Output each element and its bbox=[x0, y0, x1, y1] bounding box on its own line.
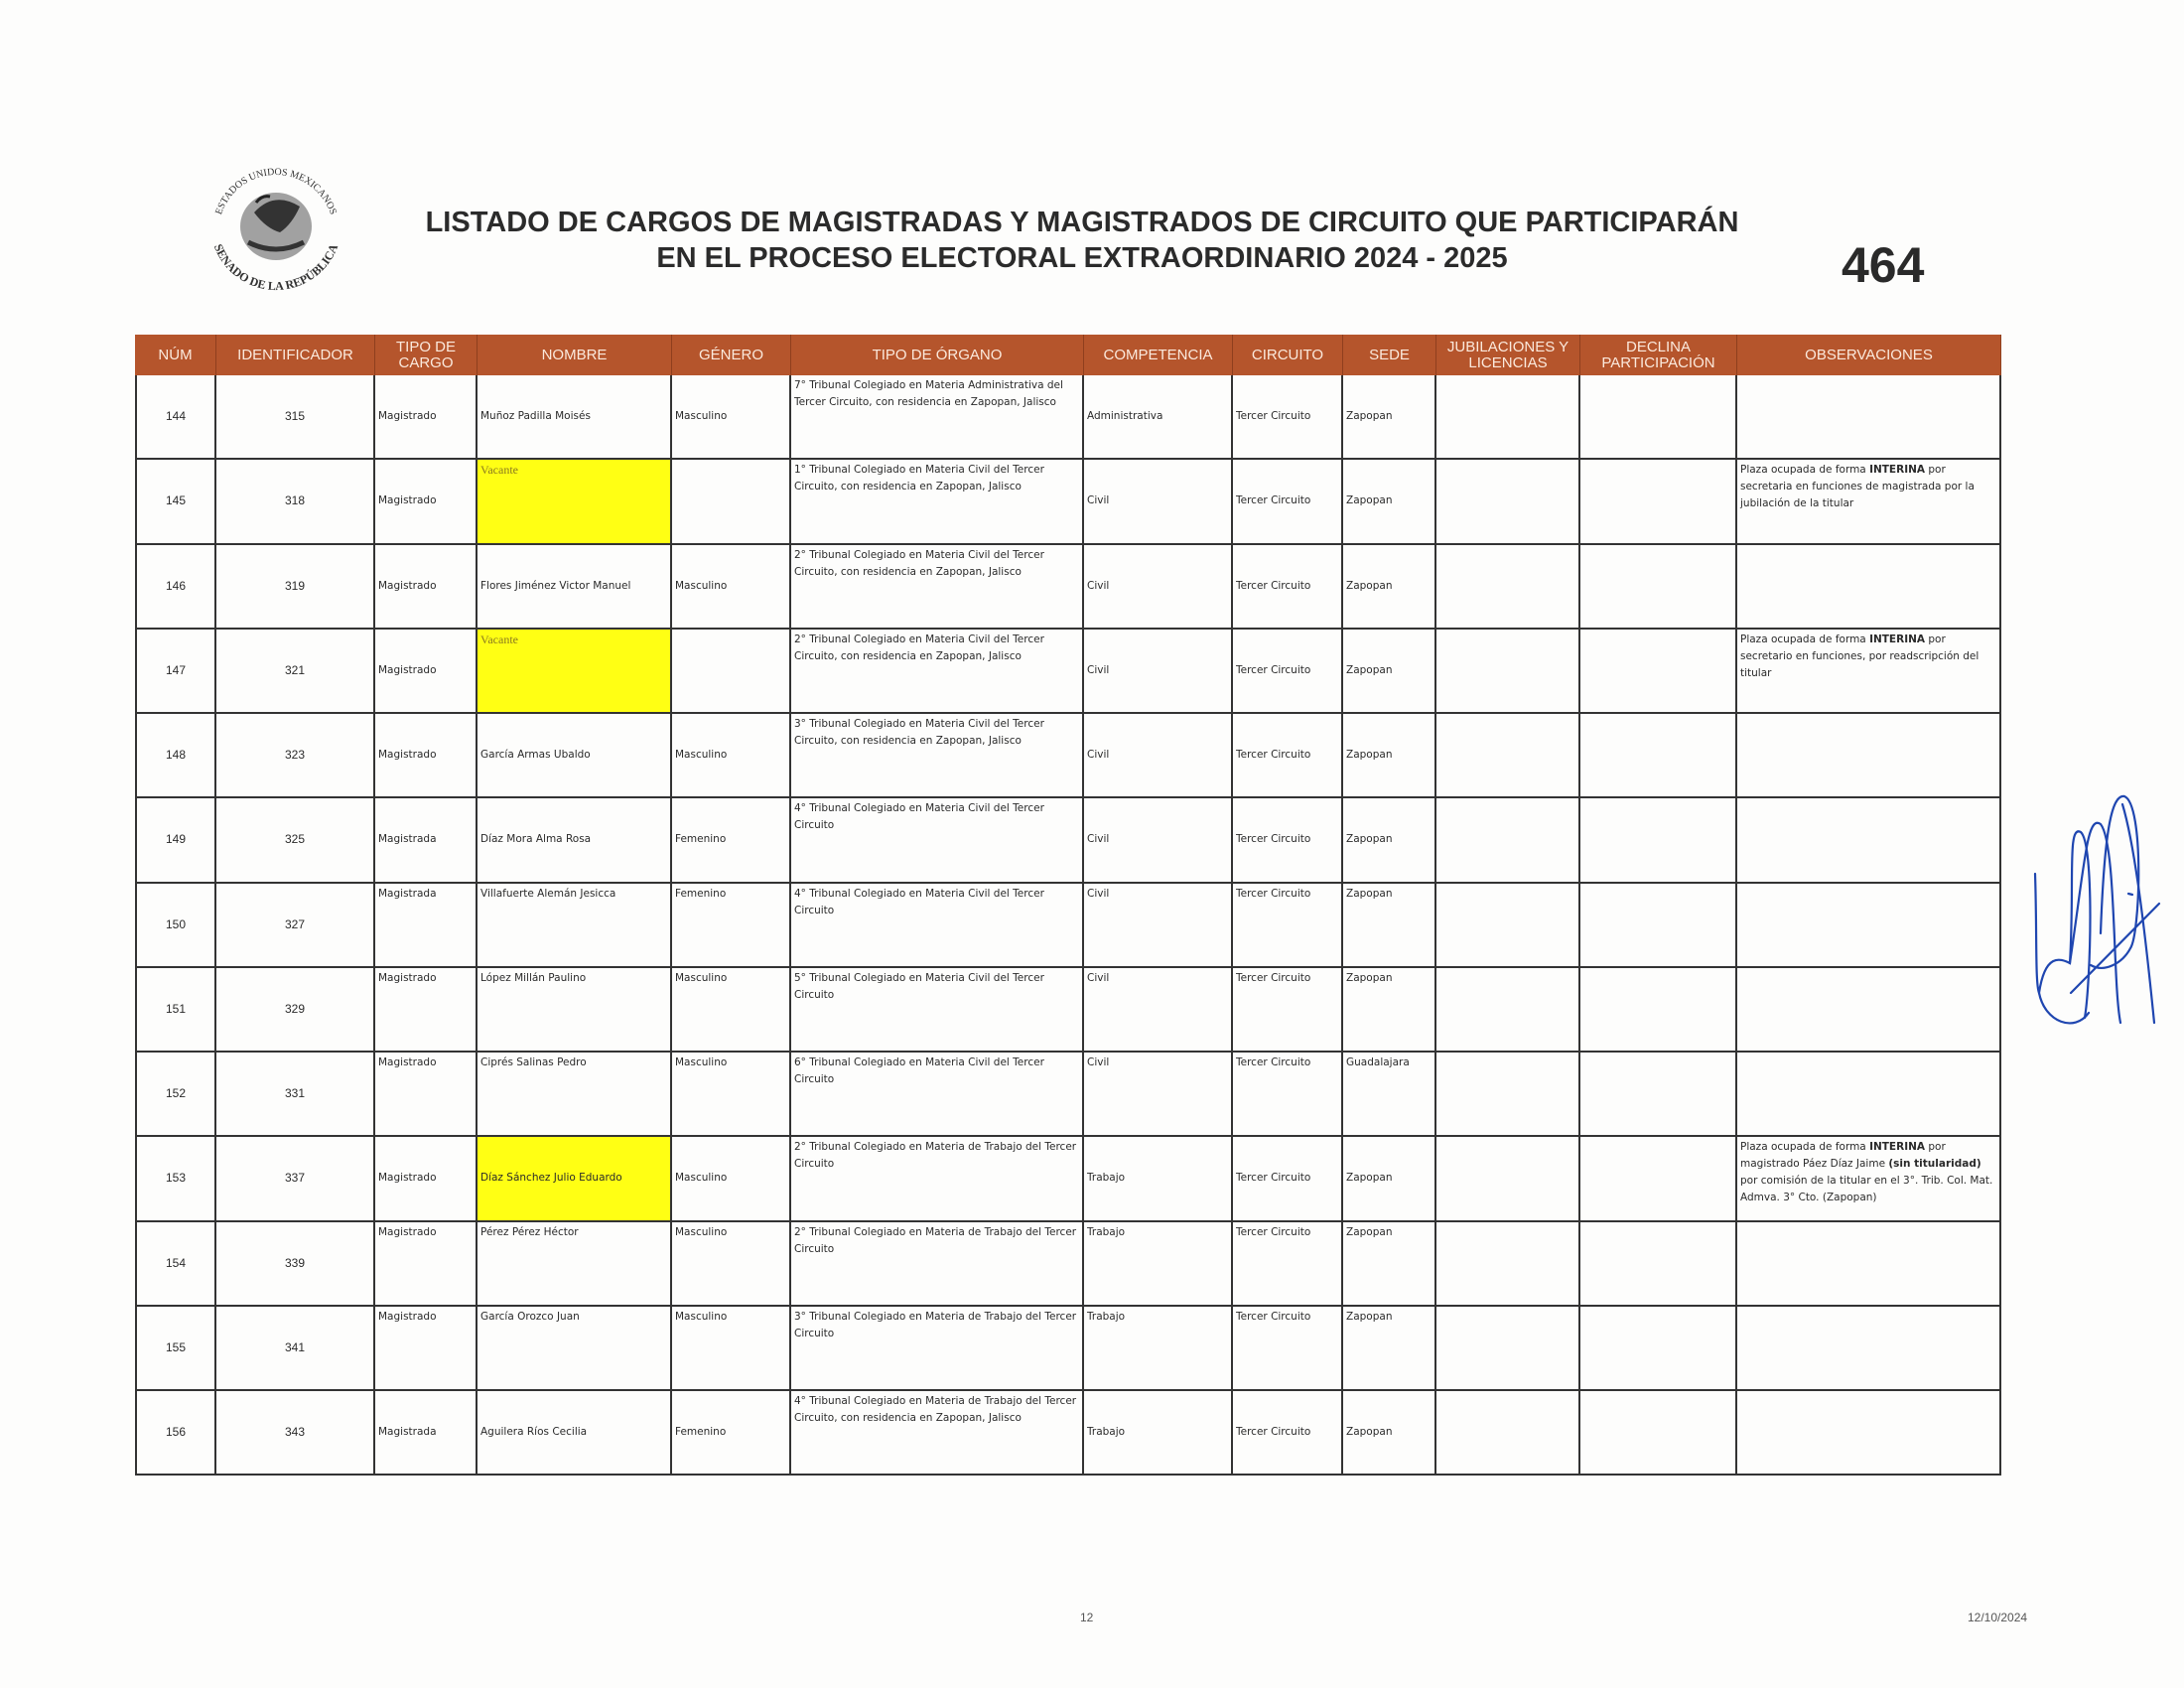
competencia-text: Civil bbox=[1087, 888, 1109, 900]
cell-tipo-de-organo: 3° Tribunal Colegiado en Materia de Trab… bbox=[791, 1307, 1084, 1391]
cell-competencia: Civil bbox=[1084, 798, 1233, 883]
cell-jubilaciones-licencias bbox=[1436, 884, 1580, 968]
observaciones-text: Plaza ocupada de forma INTERINA por secr… bbox=[1740, 464, 1975, 509]
num-text: 155 bbox=[166, 1339, 186, 1356]
cell-genero bbox=[672, 460, 791, 544]
cell-tipo-de-cargo: Magistrado bbox=[375, 714, 478, 798]
circuito-text: Tercer Circuito bbox=[1236, 1226, 1310, 1238]
cell-tipo-de-cargo: Magistrada bbox=[375, 1391, 478, 1476]
observaciones-text: Plaza ocupada de forma INTERINA por secr… bbox=[1740, 633, 1979, 679]
cell-tipo-de-cargo: Magistrado bbox=[375, 968, 478, 1053]
cell-sede: Zapopan bbox=[1343, 884, 1436, 968]
cell-tipo-de-cargo: Magistrado bbox=[375, 630, 478, 714]
num-text: 146 bbox=[166, 578, 186, 595]
cell-num: 150 bbox=[135, 884, 216, 968]
cell-circuito: Tercer Circuito bbox=[1233, 1391, 1343, 1476]
identificador-text: 321 bbox=[285, 662, 305, 679]
genero-text: Masculino bbox=[675, 1056, 727, 1068]
circuito-text: Tercer Circuito bbox=[1236, 492, 1310, 509]
identificador-text: 341 bbox=[285, 1339, 305, 1356]
sede-text: Zapopan bbox=[1346, 662, 1392, 679]
circuito-text: Tercer Circuito bbox=[1236, 888, 1310, 900]
cell-nombre: Aguilera Ríos Cecilia bbox=[478, 1391, 672, 1476]
cell-identificador: 318 bbox=[216, 460, 375, 544]
cell-sede: Zapopan bbox=[1343, 1307, 1436, 1391]
cell-genero: Femenino bbox=[672, 798, 791, 883]
cell-num: 145 bbox=[135, 460, 216, 544]
cell-genero: Femenino bbox=[672, 884, 791, 968]
competencia-text: Civil bbox=[1087, 831, 1109, 848]
num-text: 149 bbox=[166, 831, 186, 848]
cell-genero: Masculino bbox=[672, 714, 791, 798]
title-line-1: LISTADO DE CARGOS DE MAGISTRADAS Y MAGIS… bbox=[377, 205, 1787, 240]
cell-nombre: Flores Jiménez Victor Manuel bbox=[478, 545, 672, 630]
nombre-text: Pérez Pérez Héctor bbox=[480, 1226, 579, 1238]
cell-jubilaciones-licencias bbox=[1436, 1307, 1580, 1391]
cell-num: 146 bbox=[135, 545, 216, 630]
cell-identificador: 325 bbox=[216, 798, 375, 883]
tipo-de-cargo-text: Magistrado bbox=[378, 747, 437, 764]
cell-identificador: 327 bbox=[216, 884, 375, 968]
cell-competencia: Civil bbox=[1084, 545, 1233, 630]
cell-sede: Zapopan bbox=[1343, 798, 1436, 883]
cell-declina-participacion bbox=[1580, 968, 1737, 1053]
sede-text: Zapopan bbox=[1346, 408, 1392, 425]
cell-tipo-de-organo: 2° Tribunal Colegiado en Materia Civil d… bbox=[791, 630, 1084, 714]
cell-declina-participacion bbox=[1580, 545, 1737, 630]
competencia-text: Trabajo bbox=[1087, 1170, 1125, 1187]
cell-jubilaciones-licencias bbox=[1436, 460, 1580, 544]
cell-tipo-de-organo: 4° Tribunal Colegiado en Materia de Trab… bbox=[791, 1391, 1084, 1476]
cell-genero bbox=[672, 630, 791, 714]
genero-text: Masculino bbox=[675, 408, 727, 425]
circuito-text: Tercer Circuito bbox=[1236, 1311, 1310, 1323]
cell-sede: Zapopan bbox=[1343, 460, 1436, 544]
cell-sede: Zapopan bbox=[1343, 1222, 1436, 1307]
nombre-text: Flores Jiménez Victor Manuel bbox=[480, 578, 630, 595]
cell-declina-participacion bbox=[1580, 884, 1737, 968]
tipo-de-organo-text: 7° Tribunal Colegiado en Materia Adminis… bbox=[794, 379, 1063, 408]
tipo-de-organo-text: 5° Tribunal Colegiado en Materia Civil d… bbox=[794, 972, 1044, 1001]
cell-tipo-de-cargo: Magistrado bbox=[375, 1222, 478, 1307]
tipo-de-organo-text: 1° Tribunal Colegiado en Materia Civil d… bbox=[794, 464, 1044, 492]
cell-sede: Zapopan bbox=[1343, 714, 1436, 798]
cell-sede: Zapopan bbox=[1343, 1137, 1436, 1221]
cell-identificador: 321 bbox=[216, 630, 375, 714]
identificador-text: 315 bbox=[285, 408, 305, 425]
column-header-tipo-de-organo: TIPO DE ÓRGANO bbox=[791, 335, 1084, 375]
cell-nombre: García Armas Ubaldo bbox=[478, 714, 672, 798]
nombre-text: Díaz Sánchez Julio Eduardo bbox=[480, 1170, 622, 1187]
nombre-text: Ciprés Salinas Pedro bbox=[480, 1056, 587, 1068]
cell-genero: Masculino bbox=[672, 1053, 791, 1137]
cell-observaciones bbox=[1737, 1222, 2001, 1307]
cell-declina-participacion bbox=[1580, 1307, 1737, 1391]
cell-observaciones bbox=[1737, 714, 2001, 798]
identificador-text: 339 bbox=[285, 1255, 305, 1272]
num-text: 148 bbox=[166, 747, 186, 764]
cell-competencia: Civil bbox=[1084, 630, 1233, 714]
cell-num: 147 bbox=[135, 630, 216, 714]
sede-text: Zapopan bbox=[1346, 1170, 1392, 1187]
cell-tipo-de-organo: 4° Tribunal Colegiado en Materia Civil d… bbox=[791, 798, 1084, 883]
signature-icon bbox=[2005, 784, 2174, 1043]
sede-text: Zapopan bbox=[1346, 492, 1392, 509]
genero-text: Masculino bbox=[675, 747, 727, 764]
cell-num: 148 bbox=[135, 714, 216, 798]
cell-tipo-de-organo: 4° Tribunal Colegiado en Materia Civil d… bbox=[791, 884, 1084, 968]
cell-jubilaciones-licencias bbox=[1436, 968, 1580, 1053]
tipo-de-cargo-text: Magistrada bbox=[378, 1424, 437, 1441]
cell-genero: Masculino bbox=[672, 968, 791, 1053]
cell-tipo-de-organo: 7° Tribunal Colegiado en Materia Adminis… bbox=[791, 375, 1084, 460]
cell-tipo-de-organo: 2° Tribunal Colegiado en Materia Civil d… bbox=[791, 545, 1084, 630]
cell-num: 149 bbox=[135, 798, 216, 883]
cell-tipo-de-cargo: Magistrado bbox=[375, 460, 478, 544]
cell-tipo-de-cargo: Magistrado bbox=[375, 1137, 478, 1221]
cell-tipo-de-organo: 2° Tribunal Colegiado en Materia de Trab… bbox=[791, 1222, 1084, 1307]
column-header-observaciones: OBSERVACIONES bbox=[1737, 335, 2001, 375]
column-header-genero: GÉNERO bbox=[672, 335, 791, 375]
cell-circuito: Tercer Circuito bbox=[1233, 1053, 1343, 1137]
tipo-de-organo-text: 4° Tribunal Colegiado en Materia Civil d… bbox=[794, 888, 1044, 916]
cell-circuito: Tercer Circuito bbox=[1233, 460, 1343, 544]
tipo-de-organo-text: 3° Tribunal Colegiado en Materia Civil d… bbox=[794, 718, 1044, 747]
cell-identificador: 337 bbox=[216, 1137, 375, 1221]
competencia-text: Civil bbox=[1087, 747, 1109, 764]
cell-num: 154 bbox=[135, 1222, 216, 1307]
cell-competencia: Civil bbox=[1084, 714, 1233, 798]
sede-text: Guadalajara bbox=[1346, 1056, 1410, 1068]
cell-nombre: Vacante bbox=[478, 630, 672, 714]
nombre-text: Aguilera Ríos Cecilia bbox=[480, 1424, 587, 1441]
cell-observaciones bbox=[1737, 798, 2001, 883]
cell-genero: Masculino bbox=[672, 545, 791, 630]
genero-text: Masculino bbox=[675, 578, 727, 595]
identificador-text: 325 bbox=[285, 831, 305, 848]
sede-text: Zapopan bbox=[1346, 1424, 1392, 1441]
num-text: 145 bbox=[166, 492, 186, 509]
tipo-de-cargo-text: Magistrado bbox=[378, 1170, 437, 1187]
nombre-text: López Millán Paulino bbox=[480, 972, 586, 984]
cell-nombre: Díaz Mora Alma Rosa bbox=[478, 798, 672, 883]
tipo-de-cargo-text: Magistrado bbox=[378, 972, 437, 984]
cell-sede: Zapopan bbox=[1343, 630, 1436, 714]
column-header-competencia: COMPETENCIA bbox=[1084, 335, 1233, 375]
cell-num: 156 bbox=[135, 1391, 216, 1476]
identificador-text: 323 bbox=[285, 747, 305, 764]
cell-sede: Zapopan bbox=[1343, 968, 1436, 1053]
cell-circuito: Tercer Circuito bbox=[1233, 375, 1343, 460]
cell-tipo-de-cargo: Magistrado bbox=[375, 375, 478, 460]
circuito-text: Tercer Circuito bbox=[1236, 408, 1310, 425]
cell-declina-participacion bbox=[1580, 1137, 1737, 1221]
cell-observaciones bbox=[1737, 884, 2001, 968]
tipo-de-organo-text: 4° Tribunal Colegiado en Materia de Trab… bbox=[794, 1395, 1076, 1424]
cell-nombre: Vacante bbox=[478, 460, 672, 544]
cell-tipo-de-organo: 1° Tribunal Colegiado en Materia Civil d… bbox=[791, 460, 1084, 544]
title-line-2: EN EL PROCESO ELECTORAL EXTRAORDINARIO 2… bbox=[377, 240, 1787, 276]
cell-nombre: García Orozco Juan bbox=[478, 1307, 672, 1391]
cell-genero: Masculino bbox=[672, 1222, 791, 1307]
cell-competencia: Civil bbox=[1084, 1053, 1233, 1137]
cell-circuito: Tercer Circuito bbox=[1233, 1307, 1343, 1391]
competencia-text: Civil bbox=[1087, 1056, 1109, 1068]
sede-text: Zapopan bbox=[1346, 747, 1392, 764]
cell-observaciones bbox=[1737, 1391, 2001, 1476]
cell-competencia: Civil bbox=[1084, 884, 1233, 968]
cell-tipo-de-organo: 6° Tribunal Colegiado en Materia Civil d… bbox=[791, 1053, 1084, 1137]
column-header-identificador: IDENTIFICADOR bbox=[216, 335, 375, 375]
identificador-text: 327 bbox=[285, 916, 305, 933]
tipo-de-organo-text: 3° Tribunal Colegiado en Materia de Trab… bbox=[794, 1311, 1076, 1339]
identificador-text: 337 bbox=[285, 1170, 305, 1187]
cell-jubilaciones-licencias bbox=[1436, 1137, 1580, 1221]
tipo-de-cargo-text: Magistrado bbox=[378, 662, 437, 679]
column-header-jubilaciones-licencias: JUBILACIONES Y LICENCIAS bbox=[1436, 335, 1580, 375]
cell-genero: Masculino bbox=[672, 375, 791, 460]
cell-circuito: Tercer Circuito bbox=[1233, 1222, 1343, 1307]
circuito-text: Tercer Circuito bbox=[1236, 1424, 1310, 1441]
cell-circuito: Tercer Circuito bbox=[1233, 714, 1343, 798]
tipo-de-organo-text: 6° Tribunal Colegiado en Materia Civil d… bbox=[794, 1056, 1044, 1085]
column-header-nombre: NOMBRE bbox=[478, 335, 672, 375]
footer-page-number: 12 bbox=[1080, 1611, 1093, 1624]
page-stamp: 464 bbox=[1842, 236, 1924, 294]
num-text: 144 bbox=[166, 408, 186, 425]
cell-sede: Zapopan bbox=[1343, 545, 1436, 630]
genero-text: Masculino bbox=[675, 1170, 727, 1187]
column-header-circuito: CIRCUITO bbox=[1233, 335, 1343, 375]
cell-num: 155 bbox=[135, 1307, 216, 1391]
cell-circuito: Tercer Circuito bbox=[1233, 630, 1343, 714]
cell-identificador: 343 bbox=[216, 1391, 375, 1476]
genero-text: Femenino bbox=[675, 1424, 726, 1441]
cell-num: 153 bbox=[135, 1137, 216, 1221]
cell-observaciones bbox=[1737, 968, 2001, 1053]
nombre-text: Díaz Mora Alma Rosa bbox=[480, 831, 591, 848]
circuito-text: Tercer Circuito bbox=[1236, 1170, 1310, 1187]
circuito-text: Tercer Circuito bbox=[1236, 1056, 1310, 1068]
cell-num: 152 bbox=[135, 1053, 216, 1137]
cell-tipo-de-organo: 5° Tribunal Colegiado en Materia Civil d… bbox=[791, 968, 1084, 1053]
nombre-text: Muñoz Padilla Moisés bbox=[480, 408, 591, 425]
cell-observaciones bbox=[1737, 545, 2001, 630]
num-text: 154 bbox=[166, 1255, 186, 1272]
column-header-tipo-de-cargo: TIPO DE CARGO bbox=[375, 335, 478, 375]
cell-observaciones: Plaza ocupada de forma INTERINA por secr… bbox=[1737, 460, 2001, 544]
num-text: 150 bbox=[166, 916, 186, 933]
num-text: 153 bbox=[166, 1170, 186, 1187]
cell-jubilaciones-licencias bbox=[1436, 1391, 1580, 1476]
cell-competencia: Trabajo bbox=[1084, 1137, 1233, 1221]
tipo-de-cargo-text: Magistrado bbox=[378, 492, 437, 509]
identificador-text: 318 bbox=[285, 492, 305, 509]
tipo-de-cargo-text: Magistrada bbox=[378, 888, 437, 900]
cell-competencia: Civil bbox=[1084, 968, 1233, 1053]
cell-jubilaciones-licencias bbox=[1436, 630, 1580, 714]
cell-declina-participacion bbox=[1580, 1053, 1737, 1137]
cell-declina-participacion bbox=[1580, 1391, 1737, 1476]
cell-competencia: Civil bbox=[1084, 460, 1233, 544]
cell-jubilaciones-licencias bbox=[1436, 545, 1580, 630]
num-text: 156 bbox=[166, 1424, 186, 1441]
genero-text: Femenino bbox=[675, 888, 726, 900]
cell-circuito: Tercer Circuito bbox=[1233, 1137, 1343, 1221]
identificador-text: 319 bbox=[285, 578, 305, 595]
genero-text: Femenino bbox=[675, 831, 726, 848]
cell-genero: Masculino bbox=[672, 1307, 791, 1391]
cell-num: 144 bbox=[135, 375, 216, 460]
cell-observaciones: Plaza ocupada de forma INTERINA por secr… bbox=[1737, 630, 2001, 714]
cell-jubilaciones-licencias bbox=[1436, 798, 1580, 883]
sede-text: Zapopan bbox=[1346, 578, 1392, 595]
circuito-text: Tercer Circuito bbox=[1236, 831, 1310, 848]
circuito-text: Tercer Circuito bbox=[1236, 972, 1310, 984]
competencia-text: Civil bbox=[1087, 578, 1109, 595]
cell-tipo-de-organo: 3° Tribunal Colegiado en Materia Civil d… bbox=[791, 714, 1084, 798]
genero-text: Masculino bbox=[675, 972, 727, 984]
num-text: 147 bbox=[166, 662, 186, 679]
senado-emblem-icon: ESTADOS UNIDOS MEXICANOS SENADO DE LA RE… bbox=[197, 155, 355, 294]
column-header-declina-participacion: DECLINA PARTICIPACIÓN bbox=[1580, 335, 1737, 375]
nombre-text: Villafuerte Alemán Jesicca bbox=[480, 888, 615, 900]
cell-tipo-de-cargo: Magistrado bbox=[375, 1053, 478, 1137]
sede-text: Zapopan bbox=[1346, 831, 1392, 848]
cell-competencia: Trabajo bbox=[1084, 1307, 1233, 1391]
competencia-text: Civil bbox=[1087, 492, 1109, 509]
num-text: 152 bbox=[166, 1085, 186, 1102]
tipo-de-cargo-text: Magistrado bbox=[378, 1056, 437, 1068]
sede-text: Zapopan bbox=[1346, 888, 1392, 900]
cell-nombre: López Millán Paulino bbox=[478, 968, 672, 1053]
identificador-text: 329 bbox=[285, 1001, 305, 1018]
tipo-de-organo-text: 4° Tribunal Colegiado en Materia Civil d… bbox=[794, 802, 1044, 831]
cell-nombre: Díaz Sánchez Julio Eduardo bbox=[478, 1137, 672, 1221]
tipo-de-cargo-text: Magistrado bbox=[378, 1226, 437, 1238]
cell-tipo-de-organo: 2° Tribunal Colegiado en Materia de Trab… bbox=[791, 1137, 1084, 1221]
cell-tipo-de-cargo: Magistrada bbox=[375, 798, 478, 883]
circuito-text: Tercer Circuito bbox=[1236, 747, 1310, 764]
cell-competencia: Administrativa bbox=[1084, 375, 1233, 460]
cell-observaciones bbox=[1737, 375, 2001, 460]
cell-declina-participacion bbox=[1580, 460, 1737, 544]
cell-tipo-de-cargo: Magistrado bbox=[375, 545, 478, 630]
genero-text: Masculino bbox=[675, 1226, 727, 1238]
column-header-num: NÚM bbox=[135, 335, 216, 375]
cell-declina-participacion bbox=[1580, 1222, 1737, 1307]
nombre-text: García Armas Ubaldo bbox=[480, 747, 591, 764]
cell-circuito: Tercer Circuito bbox=[1233, 884, 1343, 968]
cell-jubilaciones-licencias bbox=[1436, 714, 1580, 798]
cell-sede: Guadalajara bbox=[1343, 1053, 1436, 1137]
tipo-de-cargo-text: Magistrado bbox=[378, 578, 437, 595]
tipo-de-cargo-text: Magistrado bbox=[378, 1311, 437, 1323]
competencia-text: Trabajo bbox=[1087, 1311, 1125, 1323]
tipo-de-organo-text: 2° Tribunal Colegiado en Materia Civil d… bbox=[794, 549, 1044, 578]
tipo-de-cargo-text: Magistrada bbox=[378, 831, 437, 848]
competencia-text: Civil bbox=[1087, 662, 1109, 679]
cell-identificador: 323 bbox=[216, 714, 375, 798]
genero-text: Masculino bbox=[675, 1311, 727, 1323]
competencia-text: Administrativa bbox=[1087, 408, 1162, 425]
tipo-de-organo-text: 2° Tribunal Colegiado en Materia Civil d… bbox=[794, 633, 1044, 662]
cell-circuito: Tercer Circuito bbox=[1233, 545, 1343, 630]
cell-jubilaciones-licencias bbox=[1436, 375, 1580, 460]
nombre-text: Vacante bbox=[480, 463, 518, 477]
cell-identificador: 331 bbox=[216, 1053, 375, 1137]
circuito-text: Tercer Circuito bbox=[1236, 578, 1310, 595]
cell-jubilaciones-licencias bbox=[1436, 1053, 1580, 1137]
cell-nombre: Pérez Pérez Héctor bbox=[478, 1222, 672, 1307]
cell-identificador: 339 bbox=[216, 1222, 375, 1307]
cell-jubilaciones-licencias bbox=[1436, 1222, 1580, 1307]
column-header-sede: SEDE bbox=[1343, 335, 1436, 375]
identificador-text: 343 bbox=[285, 1424, 305, 1441]
sede-text: Zapopan bbox=[1346, 1226, 1392, 1238]
cell-observaciones: Plaza ocupada de forma INTERINA por magi… bbox=[1737, 1137, 2001, 1221]
cell-num: 151 bbox=[135, 968, 216, 1053]
cell-circuito: Tercer Circuito bbox=[1233, 798, 1343, 883]
cell-observaciones bbox=[1737, 1307, 2001, 1391]
sede-text: Zapopan bbox=[1346, 1311, 1392, 1323]
cell-tipo-de-cargo: Magistrada bbox=[375, 884, 478, 968]
tipo-de-organo-text: 2° Tribunal Colegiado en Materia de Trab… bbox=[794, 1141, 1076, 1170]
circuito-text: Tercer Circuito bbox=[1236, 662, 1310, 679]
cell-identificador: 315 bbox=[216, 375, 375, 460]
cell-circuito: Tercer Circuito bbox=[1233, 968, 1343, 1053]
tipo-de-organo-text: 2° Tribunal Colegiado en Materia de Trab… bbox=[794, 1226, 1076, 1255]
cell-competencia: Trabajo bbox=[1084, 1222, 1233, 1307]
cell-declina-participacion bbox=[1580, 630, 1737, 714]
nombre-text: García Orozco Juan bbox=[480, 1311, 580, 1323]
footer-date: 12/10/2024 bbox=[1968, 1611, 2027, 1624]
cell-identificador: 319 bbox=[216, 545, 375, 630]
cell-nombre: Muñoz Padilla Moisés bbox=[478, 375, 672, 460]
num-text: 151 bbox=[166, 1001, 186, 1018]
identificador-text: 331 bbox=[285, 1085, 305, 1102]
cell-declina-participacion bbox=[1580, 375, 1737, 460]
sede-text: Zapopan bbox=[1346, 972, 1392, 984]
cell-nombre: Villafuerte Alemán Jesicca bbox=[478, 884, 672, 968]
document-title: LISTADO DE CARGOS DE MAGISTRADAS Y MAGIS… bbox=[377, 205, 1787, 276]
cell-sede: Zapopan bbox=[1343, 1391, 1436, 1476]
cell-competencia: Trabajo bbox=[1084, 1391, 1233, 1476]
cell-identificador: 329 bbox=[216, 968, 375, 1053]
cell-genero: Femenino bbox=[672, 1391, 791, 1476]
cell-tipo-de-cargo: Magistrado bbox=[375, 1307, 478, 1391]
cell-observaciones bbox=[1737, 1053, 2001, 1137]
cell-declina-participacion bbox=[1580, 714, 1737, 798]
cell-identificador: 341 bbox=[216, 1307, 375, 1391]
competencia-text: Trabajo bbox=[1087, 1226, 1125, 1238]
tipo-de-cargo-text: Magistrado bbox=[378, 408, 437, 425]
nombre-text: Vacante bbox=[480, 633, 518, 646]
competencia-text: Trabajo bbox=[1087, 1424, 1125, 1441]
cell-sede: Zapopan bbox=[1343, 375, 1436, 460]
cell-genero: Masculino bbox=[672, 1137, 791, 1221]
cell-nombre: Ciprés Salinas Pedro bbox=[478, 1053, 672, 1137]
observaciones-text: Plaza ocupada de forma INTERINA por magi… bbox=[1740, 1141, 1992, 1203]
cell-declina-participacion bbox=[1580, 798, 1737, 883]
competencia-text: Civil bbox=[1087, 972, 1109, 984]
